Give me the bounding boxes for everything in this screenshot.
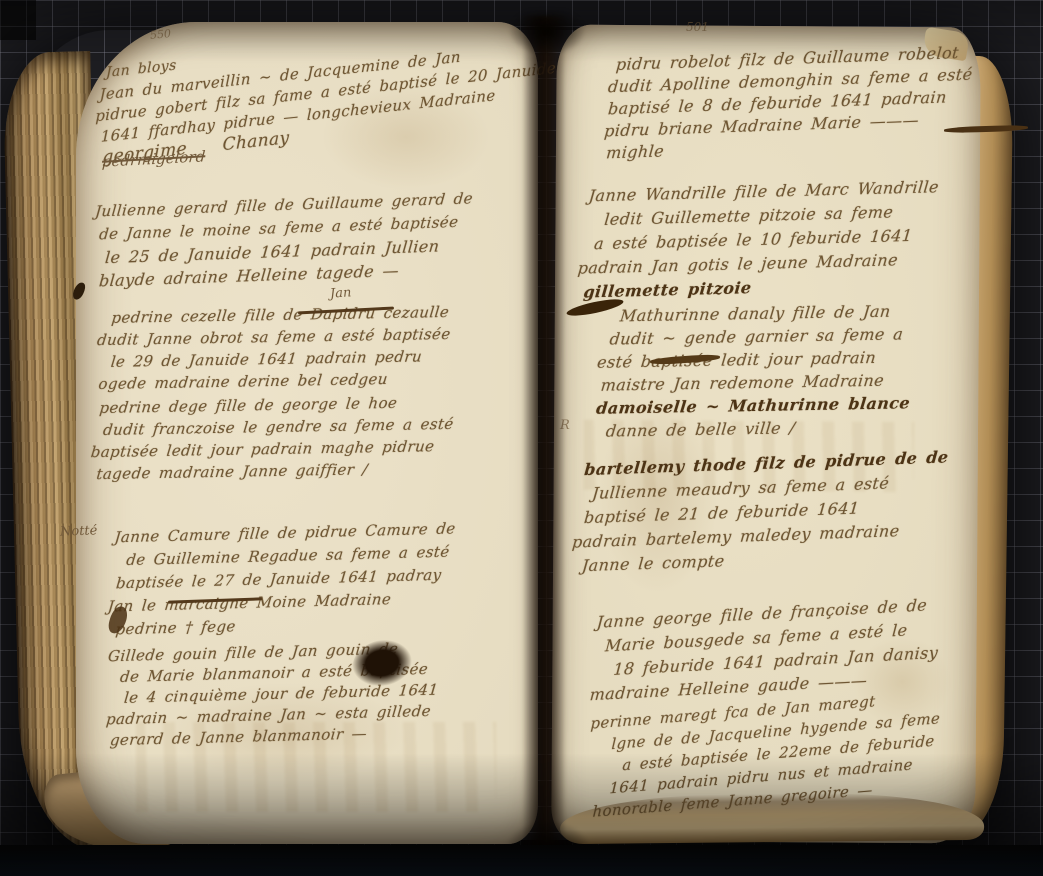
margin-note: Notté — [60, 523, 98, 539]
mat-shadow-patch — [0, 0, 36, 40]
interline-note: Jan — [330, 285, 352, 301]
baptism-entry: pedrine cezelle fille de Dapidru cezaull… — [91, 301, 454, 395]
baptism-entry: Jullienne gerard fille de Guillaume gera… — [88, 187, 474, 293]
baptism-entry: Janne Wandrille fille de Marc Wandrille … — [570, 175, 940, 305]
baptism-entry: bartellemy thode filz de pidrue de de Ju… — [569, 445, 950, 578]
baptism-entry: pedrine dege fille de george le hoe dudi… — [87, 391, 457, 485]
faint-top-note: 550 — [149, 27, 171, 42]
baptism-entry: pidru robelot filz de Guillaume robelot … — [601, 41, 975, 164]
baptism-entry: Janne Camure fille de pidrue Camure de d… — [105, 517, 457, 641]
book-gutter — [522, 16, 566, 858]
mat-bottom-strip — [0, 845, 1043, 876]
manuscript-photo: 550 Jan bloys Jean du marveillin ~ de Ja… — [0, 0, 1043, 876]
baptism-entry: Mathurinne danaly fille de Jan dudit ~ g… — [589, 299, 921, 443]
page-number: 501 — [686, 20, 709, 34]
